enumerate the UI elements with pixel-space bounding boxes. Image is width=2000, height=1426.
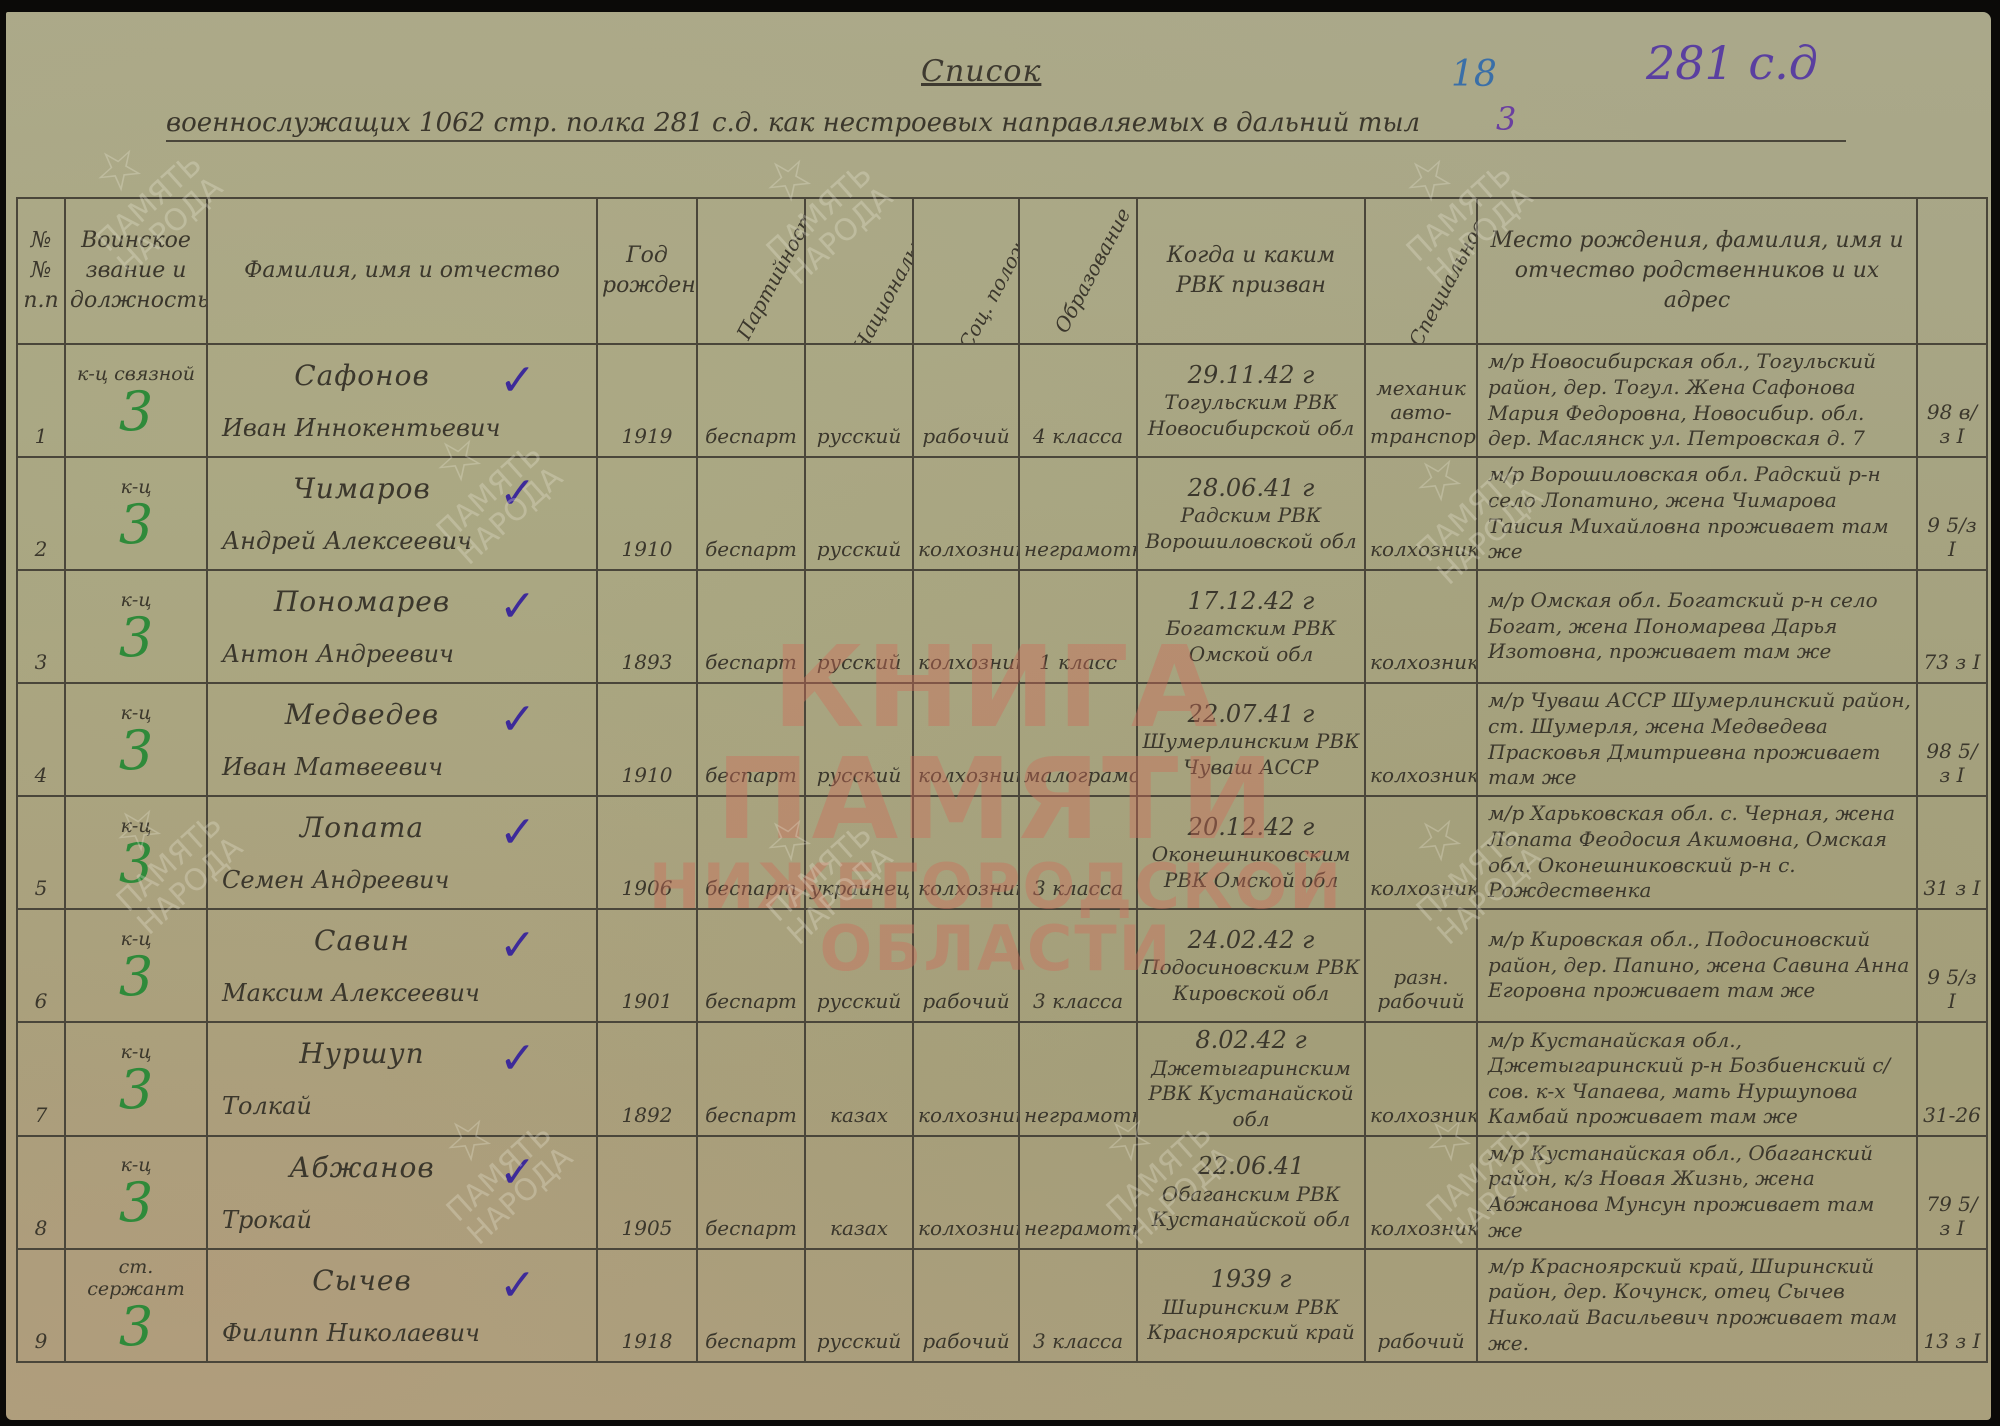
social-status: колхозник xyxy=(913,570,1019,683)
row-number: 8 xyxy=(17,1136,65,1249)
category-grade: 3 xyxy=(119,1058,153,1121)
education: 3 класса xyxy=(1019,909,1137,1022)
nationality: русский xyxy=(805,1249,913,1362)
header-rvk: Когда и каким РВК призван xyxy=(1137,198,1365,344)
social-status: колхозник xyxy=(913,1136,1019,1249)
specialty: колхозник xyxy=(1365,796,1477,909)
rank-cell: к-ц связной 3 xyxy=(65,344,207,457)
given-names: Филипп Николаевич xyxy=(212,1319,592,1347)
relatives-address: м/р Чуваш АССР Шумерлинский район, ст. Ш… xyxy=(1477,683,1917,796)
birth-year: 1919 xyxy=(597,344,697,457)
header-address: Место рождения, фамилия, имя и отчество … xyxy=(1477,198,1917,344)
birth-year: 1892 xyxy=(597,1022,697,1136)
nationality: русский xyxy=(805,683,913,796)
relatives-address: м/р Новосибирская обл., Тогульский район… xyxy=(1477,344,1917,457)
margin-note: 98 в/з I xyxy=(1917,344,1987,457)
table-row: 3 к-ц 3 Пономарев Антон Андреевич ✓ 1893… xyxy=(17,570,1987,683)
given-names: Иван Иннокентьевич xyxy=(212,414,592,442)
document-subtitle: военнослужащих 1062 стр. полка 281 с.д. … xyxy=(166,108,1846,142)
given-names: Семен Андреевич xyxy=(212,866,592,894)
specialty: рабочий xyxy=(1365,1249,1477,1362)
rank-cell: к-ц 3 xyxy=(65,1136,207,1249)
category-grade: 3 xyxy=(119,606,153,669)
header-num: №№ п.п xyxy=(17,198,65,344)
nationality: украинец xyxy=(805,796,913,909)
draft-date: 29.11.42 г xyxy=(1142,360,1360,391)
row-number: 6 xyxy=(17,909,65,1022)
rank-cell: к-ц 3 xyxy=(65,909,207,1022)
document-title: Список xyxy=(921,54,1041,89)
header-nationality: Национальность xyxy=(805,198,913,344)
draft-office: Богатским РВК Омской обл xyxy=(1166,616,1336,666)
birth-year: 1901 xyxy=(597,909,697,1022)
name-cell: Сычев Филипп Николаевич ✓ xyxy=(207,1249,597,1362)
specialty: механик авто-транспорта xyxy=(1365,344,1477,457)
checkmark-icon: ✓ xyxy=(499,1033,536,1084)
table-header-row: №№ п.п Воинское звание и должность Фамил… xyxy=(17,198,1987,344)
birth-year: 1910 xyxy=(597,683,697,796)
rank-cell: ст. сержант 3 xyxy=(65,1249,207,1362)
draft-date: 20.12.42 г xyxy=(1142,812,1360,843)
category-grade: 3 xyxy=(119,380,153,443)
nationality: русский xyxy=(805,570,913,683)
party-status: беспарт xyxy=(697,909,805,1022)
header-education: Образование xyxy=(1019,198,1137,344)
row-number: 3 xyxy=(17,570,65,683)
nationality: казах xyxy=(805,1136,913,1249)
relatives-address: м/р Красноярский край, Ширинский район, … xyxy=(1477,1249,1917,1362)
checkmark-icon: ✓ xyxy=(499,920,536,971)
personnel-table: №№ п.п Воинское звание и должность Фамил… xyxy=(16,197,1988,1363)
nationality: русский xyxy=(805,457,913,570)
row-number: 5 xyxy=(17,796,65,909)
specialty: колхозник xyxy=(1365,1136,1477,1249)
document-sheet: Список 18 3 281 с.д военнослужащих 1062 … xyxy=(6,12,1991,1420)
header-social: Соц. положение xyxy=(913,198,1019,344)
table-row: 7 к-ц 3 Нуршуп Толкай ✓ 1892 беспарт каз… xyxy=(17,1022,1987,1136)
name-cell: Пономарев Антон Андреевич ✓ xyxy=(207,570,597,683)
specialty: колхозник xyxy=(1365,683,1477,796)
margin-note: 79 5/з I xyxy=(1917,1136,1987,1249)
rvk-cell: 1939 г Ширинским РВК Красноярский край xyxy=(1137,1249,1365,1362)
relatives-address: м/р Ворошиловская обл. Радский р-н село … xyxy=(1477,457,1917,570)
relatives-address: м/р Омская обл. Богатский р-н село Богат… xyxy=(1477,570,1917,683)
party-status: беспарт xyxy=(697,796,805,909)
category-grade: 3 xyxy=(119,719,153,782)
rvk-cell: 28.06.41 г Радским РВК Ворошиловской обл xyxy=(1137,457,1365,570)
social-status: колхозник xyxy=(913,1022,1019,1136)
rvk-cell: 24.02.42 г Подосиновским РВК Кировской о… xyxy=(1137,909,1365,1022)
relatives-address: м/р Кустанайская обл., Джетыгаринский р-… xyxy=(1477,1022,1917,1136)
rvk-cell: 17.12.42 г Богатским РВК Омской обл xyxy=(1137,570,1365,683)
margin-note: 31 з I xyxy=(1917,796,1987,909)
social-status: рабочий xyxy=(913,1249,1019,1362)
rank-cell: к-ц 3 xyxy=(65,457,207,570)
checkmark-icon: ✓ xyxy=(499,1147,536,1198)
social-status: колхозник xyxy=(913,683,1019,796)
header-year: Год рождения xyxy=(597,198,697,344)
party-status: беспарт xyxy=(697,683,805,796)
draft-date: 1939 г xyxy=(1142,1264,1360,1295)
table-row: 9 ст. сержант 3 Сычев Филипп Николаевич … xyxy=(17,1249,1987,1362)
rvk-cell: 22.06.41 Обаганским РВК Кустанайской обл xyxy=(1137,1136,1365,1249)
draft-office: Обаганским РВК Кустанайской обл xyxy=(1152,1182,1351,1232)
given-names: Толкай xyxy=(212,1092,592,1120)
birth-year: 1910 xyxy=(597,457,697,570)
name-cell: Медведев Иван Матвеевич ✓ xyxy=(207,683,597,796)
header-party: Партийность xyxy=(697,198,805,344)
rvk-cell: 29.11.42 г Тогульским РВК Новосибирской … xyxy=(1137,344,1365,457)
table-row: 2 к-ц 3 Чимаров Андрей Алексеевич ✓ 1910… xyxy=(17,457,1987,570)
specialty: разн. рабочий xyxy=(1365,909,1477,1022)
table-row: 4 к-ц 3 Медведев Иван Матвеевич ✓ 1910 б… xyxy=(17,683,1987,796)
row-number: 2 xyxy=(17,457,65,570)
relatives-address: м/р Кировская обл., Подосиновский район,… xyxy=(1477,909,1917,1022)
party-status: беспарт xyxy=(697,1136,805,1249)
row-number: 7 xyxy=(17,1022,65,1136)
party-status: беспарт xyxy=(697,1022,805,1136)
draft-date: 24.02.42 г xyxy=(1142,925,1360,956)
table-row: 5 к-ц 3 Лопата Семен Андреевич ✓ 1906 бе… xyxy=(17,796,1987,909)
header-name: Фамилия, имя и отчество xyxy=(207,198,597,344)
draft-office: Тогульским РВК Новосибирской обл xyxy=(1148,390,1355,440)
category-grade: 3 xyxy=(119,945,153,1008)
social-status: колхозник xyxy=(913,796,1019,909)
given-names: Максим Алексеевич xyxy=(212,979,592,1007)
draft-office: Ширинским РВК Красноярский край xyxy=(1147,1295,1354,1345)
birth-year: 1905 xyxy=(597,1136,697,1249)
draft-office: Оконешниковским РВК Омской обл xyxy=(1152,842,1351,892)
sheet-number-mark: 18 xyxy=(1451,54,1497,95)
rank-label: ст. сержант xyxy=(70,1256,202,1300)
draft-date: 22.07.41 г xyxy=(1142,699,1360,730)
name-cell: Абжанов Трокай ✓ xyxy=(207,1136,597,1249)
social-status: колхозник xyxy=(913,457,1019,570)
draft-office: Шумерлинским РВК Чуваш АССР xyxy=(1142,729,1359,779)
category-grade: 3 xyxy=(119,832,153,895)
rvk-cell: 22.07.41 г Шумерлинским РВК Чуваш АССР xyxy=(1137,683,1365,796)
given-names: Трокай xyxy=(212,1206,592,1234)
margin-note: 9 5/з I xyxy=(1917,909,1987,1022)
row-number: 1 xyxy=(17,344,65,457)
party-status: беспарт xyxy=(697,344,805,457)
name-cell: Нуршуп Толкай ✓ xyxy=(207,1022,597,1136)
archive-stamp: 281 с.д xyxy=(1646,36,1818,90)
specialty: колхозник xyxy=(1365,570,1477,683)
checkmark-icon: ✓ xyxy=(499,694,536,745)
header-rank: Воинское звание и должность xyxy=(65,198,207,344)
nationality: русский xyxy=(805,344,913,457)
education: малограмотн xyxy=(1019,683,1137,796)
nationality: русский xyxy=(805,909,913,1022)
table-row: 1 к-ц связной 3 Сафонов Иван Иннокентьев… xyxy=(17,344,1987,457)
name-cell: Чимаров Андрей Алексеевич ✓ xyxy=(207,457,597,570)
draft-office: Подосиновским РВК Кировской обл xyxy=(1142,955,1360,1005)
draft-date: 8.02.42 г xyxy=(1142,1025,1360,1056)
row-number: 4 xyxy=(17,683,65,796)
party-status: беспарт xyxy=(697,570,805,683)
education: 4 класса xyxy=(1019,344,1137,457)
rvk-cell: 20.12.42 г Оконешниковским РВК Омской об… xyxy=(1137,796,1365,909)
party-status: беспарт xyxy=(697,457,805,570)
category-grade: 3 xyxy=(119,1171,153,1234)
checkmark-icon: ✓ xyxy=(499,1260,536,1311)
checkmark-icon: ✓ xyxy=(499,807,536,858)
checkmark-icon: ✓ xyxy=(499,355,536,406)
table-row: 8 к-ц 3 Абжанов Трокай ✓ 1905 беспарт ка… xyxy=(17,1136,1987,1249)
rank-cell: к-ц 3 xyxy=(65,796,207,909)
rvk-cell: 8.02.42 г Джетыгаринским РВК Кустанайско… xyxy=(1137,1022,1365,1136)
rank-cell: к-ц 3 xyxy=(65,1022,207,1136)
header-specialty: Специальность xyxy=(1365,198,1477,344)
relatives-address: м/р Кустанайская обл., Обаганский район,… xyxy=(1477,1136,1917,1249)
header-margin xyxy=(1917,198,1987,344)
margin-note: 98 5/з I xyxy=(1917,683,1987,796)
education: 3 класса xyxy=(1019,796,1137,909)
checkmark-icon: ✓ xyxy=(499,468,536,519)
birth-year: 1906 xyxy=(597,796,697,909)
given-names: Иван Матвеевич xyxy=(212,753,592,781)
specialty: колхозник xyxy=(1365,1022,1477,1136)
given-names: Андрей Алексеевич xyxy=(212,527,592,555)
social-status: рабочий xyxy=(913,344,1019,457)
category-grade: 3 xyxy=(119,1295,153,1358)
draft-date: 22.06.41 xyxy=(1142,1151,1360,1182)
education: неграмотн xyxy=(1019,1136,1137,1249)
education: неграмотн xyxy=(1019,1022,1137,1136)
margin-note: 73 з I xyxy=(1917,570,1987,683)
rank-cell: к-ц 3 xyxy=(65,570,207,683)
margin-note: 9 5/з I xyxy=(1917,457,1987,570)
margin-note: 31-26 xyxy=(1917,1022,1987,1136)
draft-office: Джетыгаринским РВК Кустанайской обл xyxy=(1148,1056,1353,1131)
education: 1 класс xyxy=(1019,570,1137,683)
rank-cell: к-ц 3 xyxy=(65,683,207,796)
social-status: рабочий xyxy=(913,909,1019,1022)
nationality: казах xyxy=(805,1022,913,1136)
margin-note: 13 з I xyxy=(1917,1249,1987,1362)
birth-year: 1918 xyxy=(597,1249,697,1362)
name-cell: Савин Максим Алексеевич ✓ xyxy=(207,909,597,1022)
draft-date: 28.06.41 г xyxy=(1142,473,1360,504)
education: неграмотн xyxy=(1019,457,1137,570)
table-row: 6 к-ц 3 Савин Максим Алексеевич ✓ 1901 б… xyxy=(17,909,1987,1022)
given-names: Антон Андреевич xyxy=(212,640,592,668)
birth-year: 1893 xyxy=(597,570,697,683)
name-cell: Сафонов Иван Иннокентьевич ✓ xyxy=(207,344,597,457)
row-number: 9 xyxy=(17,1249,65,1362)
category-grade: 3 xyxy=(119,493,153,556)
education: 3 класса xyxy=(1019,1249,1137,1362)
draft-office: Радским РВК Ворошиловской обл xyxy=(1145,503,1356,553)
specialty: колхозник xyxy=(1365,457,1477,570)
party-status: беспарт xyxy=(697,1249,805,1362)
relatives-address: м/р Харьковская обл. с. Черная, жена Лоп… xyxy=(1477,796,1917,909)
checkmark-icon: ✓ xyxy=(499,581,536,632)
draft-date: 17.12.42 г xyxy=(1142,586,1360,617)
name-cell: Лопата Семен Андреевич ✓ xyxy=(207,796,597,909)
